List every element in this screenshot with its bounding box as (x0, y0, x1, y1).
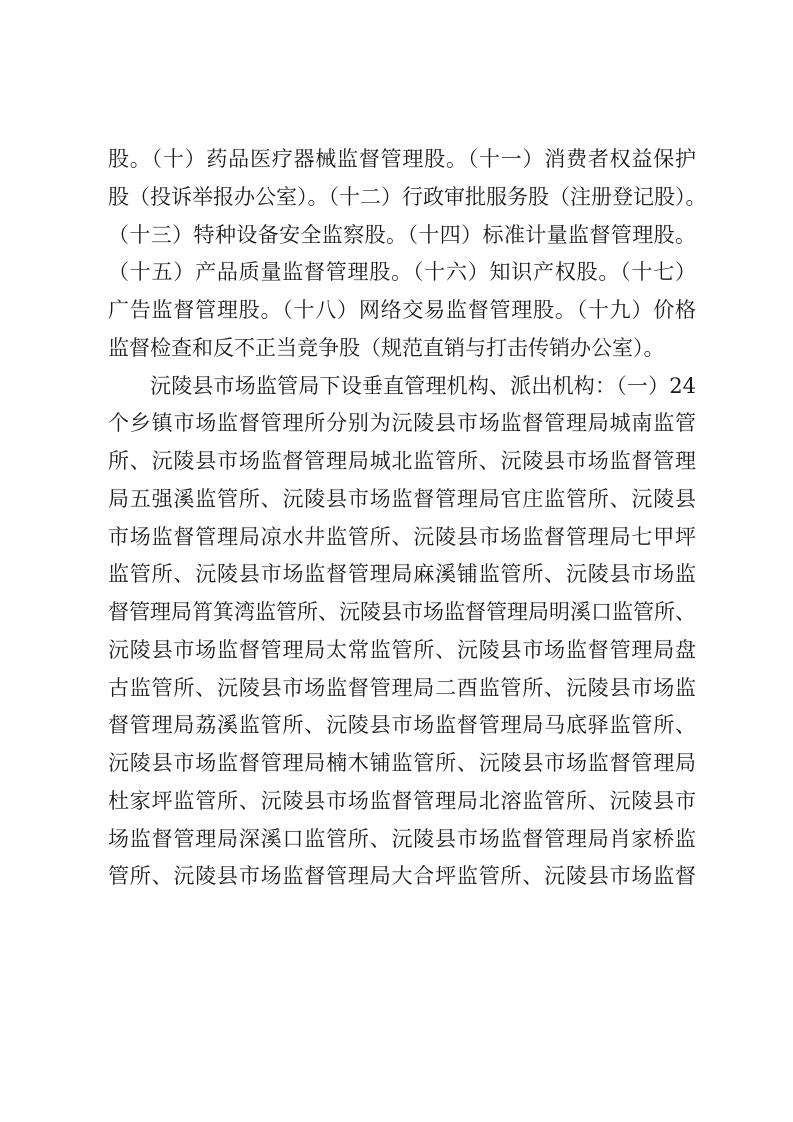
text-line: 杜家坪监管所、沅陵县市场监督管理局北溶监管所、沅陵县市 (108, 783, 696, 821)
document-page: 股。（十）药品医疗器械监督管理股。（十一）消费者权益保护 股（投诉举报办公室）。… (0, 0, 793, 1122)
text-line: 所、沅陵县市场监督管理局城北监管所、沅陵县市场监督管理 (108, 443, 696, 481)
paragraph-departments: 股。（十）药品医疗器械监督管理股。（十一）消费者权益保护 股（投诉举报办公室）。… (108, 141, 696, 368)
text-line: 个乡镇市场监督管理所分别为沅陵县市场监督管理局城南监管 (108, 405, 696, 443)
text-line: （十三）特种设备安全监察股。（十四）标准计量监督管理股。 (108, 217, 696, 255)
text-line: 广告监督管理股。（十八）网络交易监督管理股。（十九）价格 (108, 292, 696, 330)
text-line: （十五）产品质量监督管理股。（十六）知识产权股。（十七） (108, 254, 696, 292)
text-line: 股（投诉举报办公室）。（十二）行政审批服务股（注册登记股）。 (108, 179, 696, 217)
text-line: 市场监督管理局凉水井监管所、沅陵县市场监督管理局七甲坪 (108, 519, 696, 557)
text-line: 沅陵县市场监督管理局太常监管所、沅陵县市场监督管理局盘 (108, 632, 696, 670)
body-text: 股。（十）药品医疗器械监督管理股。（十一）消费者权益保护 股（投诉举报办公室）。… (108, 141, 696, 896)
text-line: 督管理局筲箕湾监管所、沅陵县市场监督管理局明溪口监管所、 (108, 594, 696, 632)
text-line: 监管所、沅陵县市场监督管理局麻溪铺监管所、沅陵县市场监 (108, 556, 696, 594)
text-line: 场监督管理局深溪口监管所、沅陵县市场监督管理局肖家桥监 (108, 821, 696, 859)
text-line: 局五强溪监管所、沅陵县市场监督管理局官庄监管所、沅陵县 (108, 481, 696, 519)
text-line: 古监管所、沅陵县市场监督管理局二酉监管所、沅陵县市场监 (108, 670, 696, 708)
text-line: 监督检查和反不正当竞争股（规范直销与打击传销办公室）。 (108, 330, 696, 368)
text-line: 督管理局荔溪监管所、沅陵县市场监督管理局马底驿监管所、 (108, 707, 696, 745)
text-line: 沅陵县市场监管局下设垂直管理机构、派出机构：（一）24 (108, 368, 696, 406)
text-line: 管所、沅陵县市场监督管理局大合坪监管所、沅陵县市场监督 (108, 858, 696, 896)
paragraph-dispatched-agencies: 沅陵县市场监管局下设垂直管理机构、派出机构：（一）24 个乡镇市场监督管理所分别… (108, 368, 696, 897)
text-line: 沅陵县市场监督管理局楠木铺监管所、沅陵县市场监督管理局 (108, 745, 696, 783)
text-line: 股。（十）药品医疗器械监督管理股。（十一）消费者权益保护 (108, 141, 696, 179)
